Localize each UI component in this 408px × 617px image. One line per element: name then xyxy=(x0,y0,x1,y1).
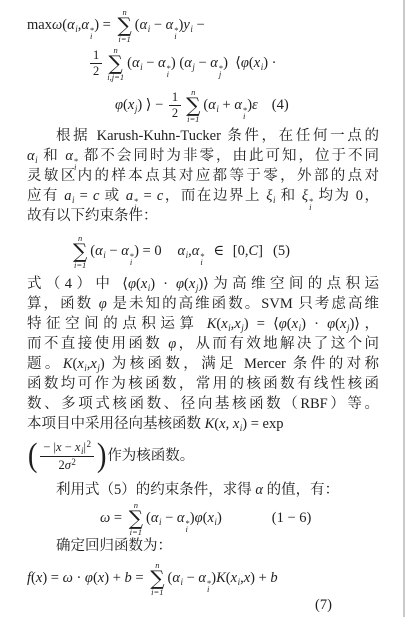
math-subscripted: ai xyxy=(64,188,74,204)
math-text: ) = ⟨ xyxy=(244,316,279,332)
equation-7-number: (7) xyxy=(315,597,332,614)
math-text: − xyxy=(183,569,198,587)
math-subscripted: xi xyxy=(221,316,230,332)
math-subscripted: αi xyxy=(151,509,162,527)
math-text: − xyxy=(150,16,165,34)
math-text: 是未知的高维函数。SVM 只考虑高维 xyxy=(107,296,379,312)
math-text: ] xyxy=(258,242,263,260)
math-text: 利用式（5）的约束条件，求得 xyxy=(56,482,255,498)
math-text: 而不直接使用函数 xyxy=(27,336,168,352)
math-subscripted: αj xyxy=(184,54,195,72)
math-subscripted: xi xyxy=(254,54,263,72)
page-content: maxω(αi,α*i) = n∑i=1(αi − α*i)yi − 12n∑i… xyxy=(27,8,379,614)
math-text: = xyxy=(138,188,157,204)
math-subscripted: xi xyxy=(233,416,242,432)
math-var: ε xyxy=(252,96,258,114)
math-sub-sup: α*i xyxy=(192,242,205,260)
math-text: 题。 xyxy=(27,356,63,372)
paragraph-kkt-line-4: 应有 ai = c 或 a*i = c，而在边界上 ξi 和 ξ*i 均为 0， xyxy=(27,186,379,206)
math-text: )⟩， xyxy=(349,316,379,332)
equation-4-line-3-body: φ(xj) ⟩ − 12n∑i=1(αi + α*i)ε xyxy=(115,88,258,123)
big-paren: ( xyxy=(28,441,38,471)
math-text: ) = 0 xyxy=(134,242,162,260)
math-text: − | xyxy=(43,440,56,454)
fraction: 12 xyxy=(90,48,102,78)
math-var: φ xyxy=(85,569,93,587)
math-superscript: 2 xyxy=(86,439,91,449)
math-text: 式（4）中 ⟨ xyxy=(27,276,128,292)
math-subscripted: αi xyxy=(95,242,106,260)
math-var: σ xyxy=(65,458,71,472)
math-subscripted: αi xyxy=(67,16,78,34)
math-text: 作为核函数。 xyxy=(107,447,194,465)
math-sub-sup: α*i xyxy=(198,569,211,587)
paragraph-kkt-line-5: 故有以下约束条件： xyxy=(27,206,379,226)
math-superscript: 2 xyxy=(71,457,76,467)
paragraph-kernel-line-1: 式（4）中 ⟨φ(xi) · φ(xj)⟩为高维空间的点积运 xyxy=(27,274,379,294)
math-sub-sup: α*i xyxy=(166,16,179,34)
math-var: α xyxy=(255,482,263,498)
math-sub-sup: α*i xyxy=(81,16,94,34)
math-sub-sup: α*i xyxy=(158,54,171,72)
math-text: = xyxy=(132,569,147,587)
math-var: K xyxy=(207,316,217,332)
paragraph-alpha-line: 利用式（5）的约束条件，求得 α 的值，有： xyxy=(27,480,379,500)
math-var: ω xyxy=(52,16,62,34)
math-text: ) = xyxy=(42,569,62,587)
equation-1-6-number: (1 − 6) xyxy=(272,510,312,527)
math-var: K xyxy=(205,416,215,432)
math-text: 和 xyxy=(38,148,66,164)
equation-4-number: (4) xyxy=(272,97,289,114)
paragraph-kernel-line-8: 本项目中采用径向基核函数 K(x, xi) = exp xyxy=(27,414,379,434)
equation-4-line-2: 12n∑i,j=1(αi − α*i) (αj − α*j) ⟨φ(xi) · xyxy=(88,42,379,84)
equation-4-line-1: maxω(αi,α*i) = n∑i=1(αi − α*i)yi − xyxy=(27,8,379,42)
math-text: ) xyxy=(217,509,222,527)
math-var: φ xyxy=(241,54,249,72)
math-text: ，从而有效地解决了这个问 xyxy=(176,336,379,352)
math-subscripted: xi xyxy=(141,276,150,292)
paragraph-kernel-line-3: 特征空间的点积运算 K(xi,xj) = ⟨φ(xi) · φ(xj)⟩， xyxy=(27,314,379,334)
math-text: ) + xyxy=(104,569,124,587)
math-text: 应有 xyxy=(27,188,64,204)
math-text: 函数均可作为核函数，常用的核函数有线性核函 xyxy=(27,376,379,392)
math-text: 数、多项式核函数、径向基核函数（RBF）等。 xyxy=(27,396,379,412)
paragraph-regression-intro: 确定回归函数为： xyxy=(27,536,379,556)
math-text: max xyxy=(27,16,52,34)
math-var: φ xyxy=(279,316,287,332)
equation-5: n∑i=1(αi − α*i) = 0αi,α*i∈[0,C] (5) xyxy=(70,232,379,270)
equation-5-body: n∑i=1(αi − α*i) = 0αi,α*i∈[0,C] xyxy=(70,234,263,269)
math-text: 本项目中采用径向基核函数 xyxy=(27,416,205,432)
math-text: 2 xyxy=(93,64,99,78)
math-var: ω xyxy=(63,569,73,587)
math-text: 灵敏区内的样本点其对应都等于零，外部的点对 xyxy=(27,168,379,184)
paragraph-kkt-line-2: αi 和 α*i 都不会同时为非零，由此可知，位于不同 xyxy=(27,146,379,166)
math-text: 根据 Karush-Kuhn-Tucker 条件，在任何一点的 xyxy=(56,128,379,144)
paper-page: maxω(αi,α*i) = n∑i=1(αi − α*i)yi − 12n∑i… xyxy=(0,0,408,617)
math-var: ω xyxy=(100,509,110,527)
math-text: − xyxy=(193,16,205,34)
rbf-kernel-expression-line: (− |x − xi|22σ2)作为核函数。 xyxy=(27,434,379,478)
summation-symbol: n∑i=1 xyxy=(117,8,131,43)
equation-7-line-1: f(x) = ω · φ(x) + b = n∑i=1(αi − α*i)K(x… xyxy=(27,560,379,596)
math-text: ) · xyxy=(150,276,176,292)
math-sub-sup: α*j xyxy=(210,54,223,72)
paragraph-kkt-line-3: 灵敏区内的样本点其对应都等于零，外部的点对 xyxy=(27,166,379,186)
math-sub-sup: ξ*i xyxy=(302,188,313,204)
math-text: 或 xyxy=(99,188,125,204)
summation-symbol: n∑i=1 xyxy=(129,501,143,536)
math-text: ) = xyxy=(94,16,114,34)
math-text: 的值，有： xyxy=(263,482,339,498)
equation-7-line-2: (7) xyxy=(27,596,379,614)
math-text: · xyxy=(73,569,85,587)
math-text: 故有以下约束条件： xyxy=(27,208,158,224)
equation-1-6: ω = n∑i=1(αi − α*i)φ(xi) (1 − 6) xyxy=(100,500,379,536)
equation-4-line-3: φ(xj) ⟩ − 12n∑i=1(αi + α*i)ε (4) xyxy=(115,84,379,126)
math-text: [0, xyxy=(233,242,249,260)
fraction: 12 xyxy=(169,90,181,120)
math-subscripted: xi xyxy=(207,509,216,527)
math-sub-sup: α*i xyxy=(177,509,190,527)
math-text: )⟩为高维空间的点积运 xyxy=(198,276,379,292)
math-text: ) · xyxy=(301,316,327,332)
math-text: ) 为核函数，满足 Mercer 条件的对称 xyxy=(100,356,379,372)
math-subscripted: xj xyxy=(189,276,198,292)
math-text: 均为 0， xyxy=(313,188,379,204)
equation-1-6-body: ω = n∑i=1(αi − α*i)φ(xi) xyxy=(100,501,222,536)
math-text: 和 xyxy=(275,188,301,204)
paragraph-kernel-line-5: 题。K(xi,xj) 为核函数，满足 Mercer 条件的对称 xyxy=(27,354,379,374)
math-sub-sup: α*i xyxy=(121,242,134,260)
math-text: = xyxy=(110,509,125,527)
math-sub-sup: α*i xyxy=(65,148,78,164)
math-var: φ xyxy=(176,276,184,292)
math-text: ) + xyxy=(250,569,270,587)
math-subscripted: xj xyxy=(90,356,99,372)
math-text: − xyxy=(106,242,121,260)
math-subscripted: αi xyxy=(27,148,38,164)
math-text: 都不会同时为非零，由此可知，位于不同 xyxy=(78,148,379,164)
summation-symbol: n∑i=1 xyxy=(150,561,164,596)
math-subscripted: yi xyxy=(183,16,192,34)
math-subscripted: αi xyxy=(208,96,219,114)
fraction: − |x − xi|22σ2 xyxy=(40,439,94,473)
math-subscripted: αi xyxy=(172,569,183,587)
math-subscripted: xi xyxy=(231,569,240,587)
math-subscripted: αi xyxy=(178,242,189,260)
math-subscripted: αi xyxy=(140,16,151,34)
math-var: φ xyxy=(128,276,136,292)
math-var: b xyxy=(270,569,277,587)
paragraph-kernel-line-4: 而不直接使用函数 φ，从而有效地解决了这个问 xyxy=(27,334,379,354)
math-var: C xyxy=(249,242,259,260)
math-var: K xyxy=(216,569,226,587)
math-text: − xyxy=(62,440,75,454)
equation-5-number: (5) xyxy=(273,243,290,260)
math-sub-sup: a*i xyxy=(126,188,139,204)
math-text: 2 xyxy=(172,106,178,120)
math-sub-sup: α*i xyxy=(234,96,247,114)
paragraph-kernel-line-6: 函数均可作为核函数，常用的核函数有线性核函 xyxy=(27,374,379,394)
math-text: ) = exp xyxy=(242,416,283,432)
math-var: φ xyxy=(99,296,107,312)
math-subscripted: xj xyxy=(234,316,243,332)
math-text: + xyxy=(219,96,234,114)
math-text: ) ( xyxy=(171,54,184,72)
math-text: , xyxy=(226,416,233,432)
math-text: ，而在边界上 xyxy=(163,188,266,204)
math-text: 1 xyxy=(172,90,178,104)
math-text: ) ⟨ xyxy=(223,54,241,72)
math-text: ∈ xyxy=(213,242,224,260)
math-text: − xyxy=(161,509,176,527)
math-subscripted: xj xyxy=(128,96,137,114)
math-text: 1 xyxy=(93,48,99,62)
paragraph-kernel-line-7: 数、多项式核函数、径向基核函数（RBF）等。 xyxy=(27,394,379,414)
math-var: φ xyxy=(327,316,335,332)
math-text: 确定回归函数为： xyxy=(56,538,172,554)
summation-symbol: n∑i,j=1 xyxy=(107,46,124,81)
math-text: − xyxy=(195,54,210,72)
paragraph-kernel-line-2: 算，函数 φ 是未知的高维函数。SVM 只考虑高维 xyxy=(27,294,379,314)
math-text: = xyxy=(75,188,94,204)
math-text: ) ⟩ − xyxy=(137,96,167,114)
math-text: − xyxy=(143,54,158,72)
math-subscripted: xi xyxy=(77,356,86,372)
paragraph-kkt-line-1: 根据 Karush-Kuhn-Tucker 条件，在任何一点的 xyxy=(27,126,379,146)
math-text: ) · xyxy=(263,54,276,72)
math-text: 特征空间的点积运算 xyxy=(27,316,207,332)
big-paren: ) xyxy=(97,441,107,471)
summation-symbol: n∑i=1 xyxy=(186,88,200,123)
math-subscripted: αi xyxy=(132,54,143,72)
summation-symbol: n∑i=1 xyxy=(73,234,87,269)
math-var: b xyxy=(125,569,132,587)
page-edge-line xyxy=(403,0,405,617)
math-var: φ xyxy=(115,96,123,114)
math-var: φ xyxy=(195,509,203,527)
math-subscripted: xi xyxy=(292,316,301,332)
math-text: 算，函数 xyxy=(27,296,99,312)
